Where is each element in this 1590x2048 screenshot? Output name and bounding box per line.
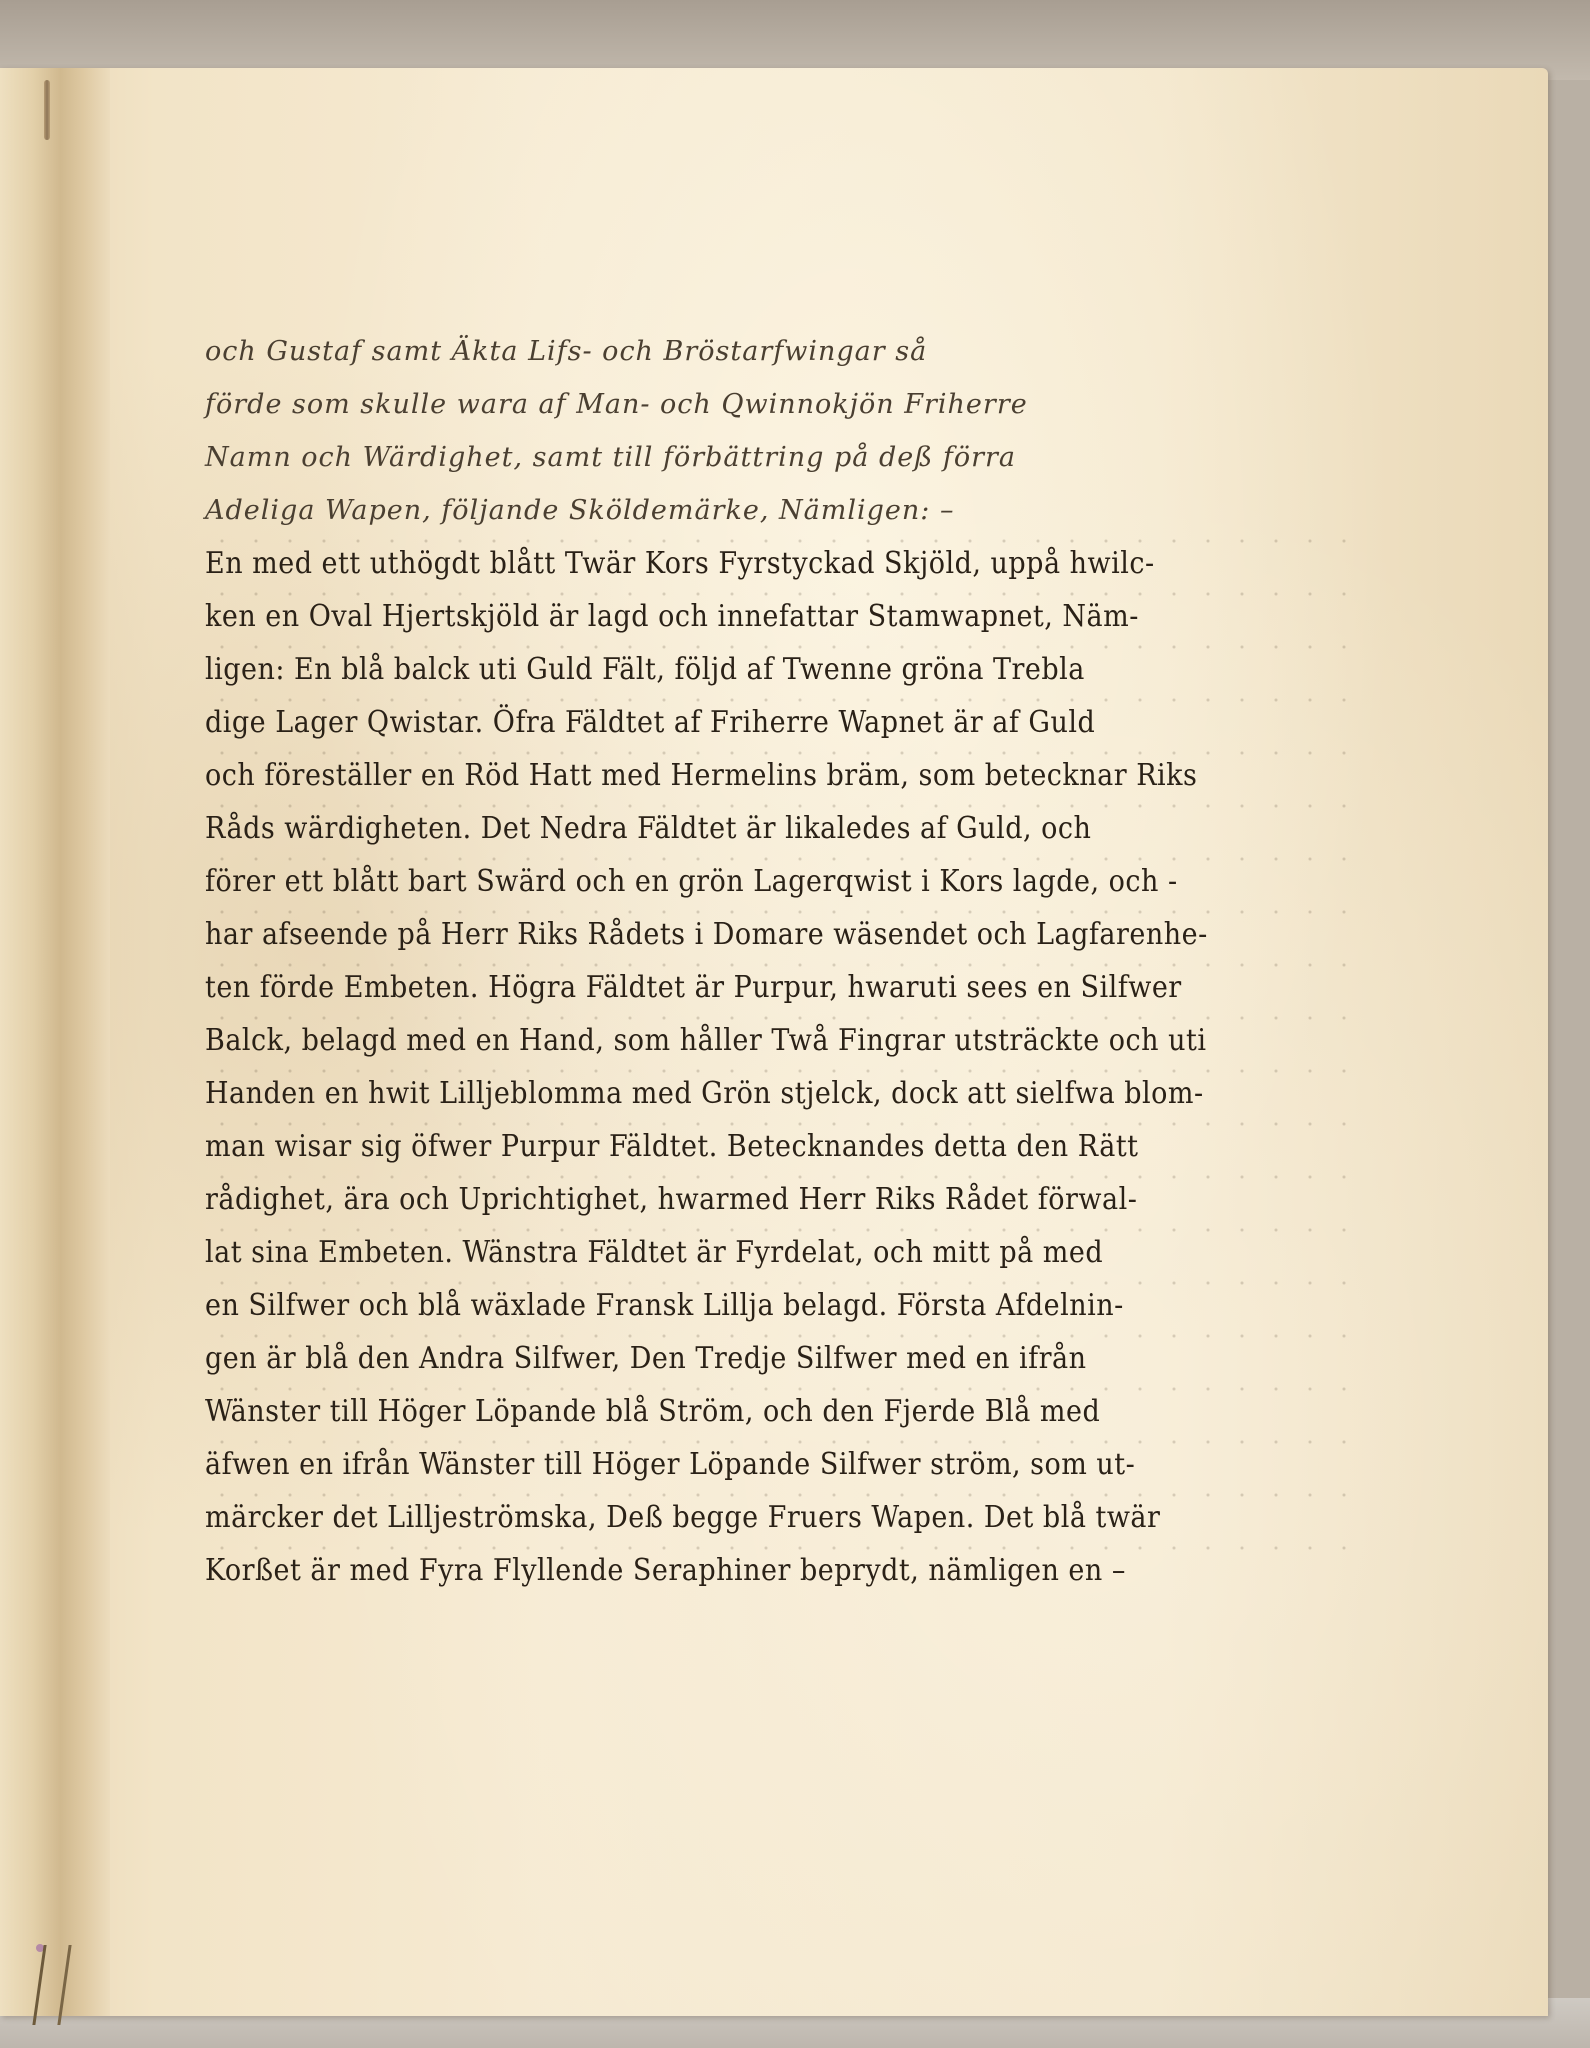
fraktur-line: Handen en hwit Lilljeblomma med Grön stj…: [205, 1067, 1370, 1120]
fraktur-line: ken en Oval Hjertskjöld är lagd och inne…: [205, 590, 1370, 643]
cursive-line: och Gustaf samt Äkta Lifs- och Bröstarfw…: [205, 325, 1370, 378]
spine-fold-crease: [44, 80, 50, 140]
fraktur-line: lat sina Embeten. Wänstra Fäldtet är Fyr…: [205, 1226, 1370, 1279]
book-spine-gutter: [0, 68, 110, 2016]
fraktur-line: märcker det Lilljeströmska, Deß begge Fr…: [205, 1491, 1370, 1544]
fraktur-line: Wänster till Höger Löpande blå Ström, oc…: [205, 1385, 1370, 1438]
fraktur-line: Korßet är med Fyra Flyllende Seraphiner …: [205, 1544, 1370, 1597]
cursive-line: Adeliga Wapen, följande Sköldemärke, Näm…: [205, 484, 1370, 537]
fraktur-line: rådighet, ära och Uprichtighet, hwarmed …: [205, 1173, 1370, 1226]
fraktur-line: man wisar sig öfwer Purpur Fäldtet. Bete…: [205, 1120, 1370, 1173]
fraktur-line: dige Lager Qwistar. Öfra Fäldtet af Frih…: [205, 696, 1370, 749]
fraktur-line: äfwen en ifrån Wänster till Höger Löpand…: [205, 1438, 1370, 1491]
manuscript-text: och Gustaf samt Äkta Lifs- och Bröstarfw…: [205, 325, 1370, 1597]
cursive-line: förde som skulle wara af Man- och Qwinno…: [205, 378, 1370, 431]
fraktur-line: gen är blå den Andra Silfwer, Den Tredje…: [205, 1332, 1370, 1385]
fraktur-line: En med ett uthögdt blått Twär Kors Fyrst…: [205, 537, 1370, 590]
fraktur-line: en Silfwer och blå wäxlade Fransk Lillja…: [205, 1279, 1370, 1332]
fraktur-line: ligen: En blå balck uti Guld Fält, följd…: [205, 643, 1370, 696]
fraktur-line: Råds wärdigheten. Det Nedra Fäldtet är l…: [205, 802, 1370, 855]
fraktur-line: ten förde Embeten. Högra Fäldtet är Purp…: [205, 961, 1370, 1014]
fraktur-line: har afseende på Herr Riks Rådets i Domar…: [205, 908, 1370, 961]
cursive-line: Namn och Wärdighet, samt till förbättrin…: [205, 431, 1370, 484]
fraktur-line: förer ett blått bart Swärd och en grön L…: [205, 855, 1370, 908]
fraktur-line: Balck, belagd med en Hand, som håller Tw…: [205, 1014, 1370, 1067]
fraktur-line: och föreställer en Röd Hatt med Hermelin…: [205, 749, 1370, 802]
